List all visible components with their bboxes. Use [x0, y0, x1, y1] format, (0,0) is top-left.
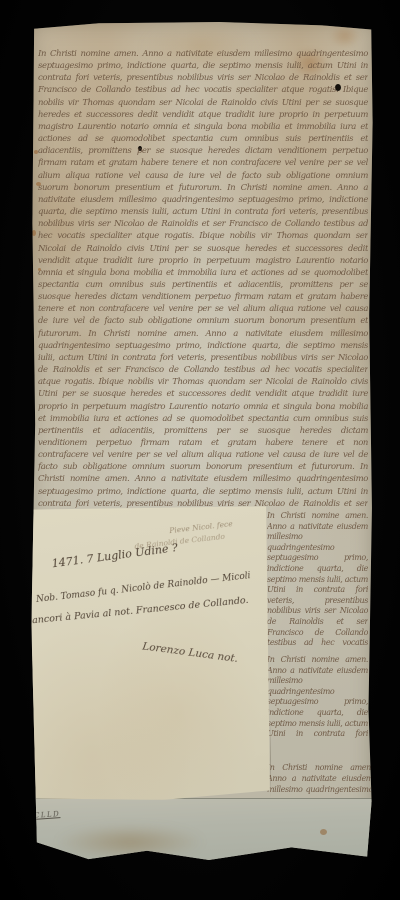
note-signature: Lorenzo Luca not.: [142, 640, 239, 665]
parchment-fold-plica: CLLD: [30, 798, 374, 861]
manuscript-closing-lines: In Christi nomine amen. Anno a nativitat…: [267, 762, 373, 796]
parchment-document: In Christi nomine amen. Anno a nativitat…: [30, 22, 374, 860]
manuscript-main-text-block: In Christi nomine amen. Anno a nativitat…: [38, 48, 368, 510]
stain-plica: [55, 825, 205, 859]
rust-spot: [32, 230, 36, 236]
photograph-background: In Christi nomine amen. Anno a nativitat…: [0, 0, 400, 900]
manuscript-right-column-block-1: In Christi nomine amen. Anno a nativitat…: [267, 511, 368, 649]
stain-plica-dot: [320, 829, 327, 835]
archival-note-paper: Pieve Nicol. fece de Rainoldi de Colland…: [31, 506, 270, 801]
shelf-mark: CLLD: [34, 810, 61, 820]
stain-top-right-corner: [330, 24, 360, 48]
note-date-line: 1471. 7 Luglio Udine ?: [51, 541, 179, 570]
manuscript-right-column-block-2: In Christi nomine amen. Anno a nativitat…: [267, 655, 368, 740]
